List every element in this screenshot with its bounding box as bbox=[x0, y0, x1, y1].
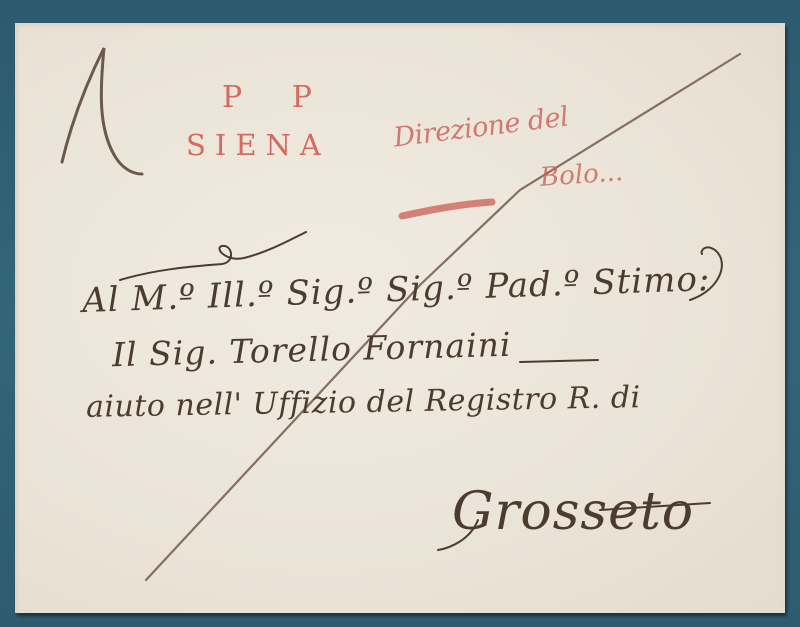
flourish-top bbox=[120, 232, 306, 280]
postmark-direzione-line2: Bolo... bbox=[539, 157, 624, 193]
destination-city: Grosseto bbox=[452, 482, 694, 542]
rate-mark-stroke bbox=[62, 48, 142, 174]
postmark-siena: SIENA bbox=[186, 128, 330, 162]
red-smear bbox=[402, 202, 492, 216]
postmark-pp: P P bbox=[222, 80, 332, 115]
flourish-line2 bbox=[520, 360, 598, 362]
